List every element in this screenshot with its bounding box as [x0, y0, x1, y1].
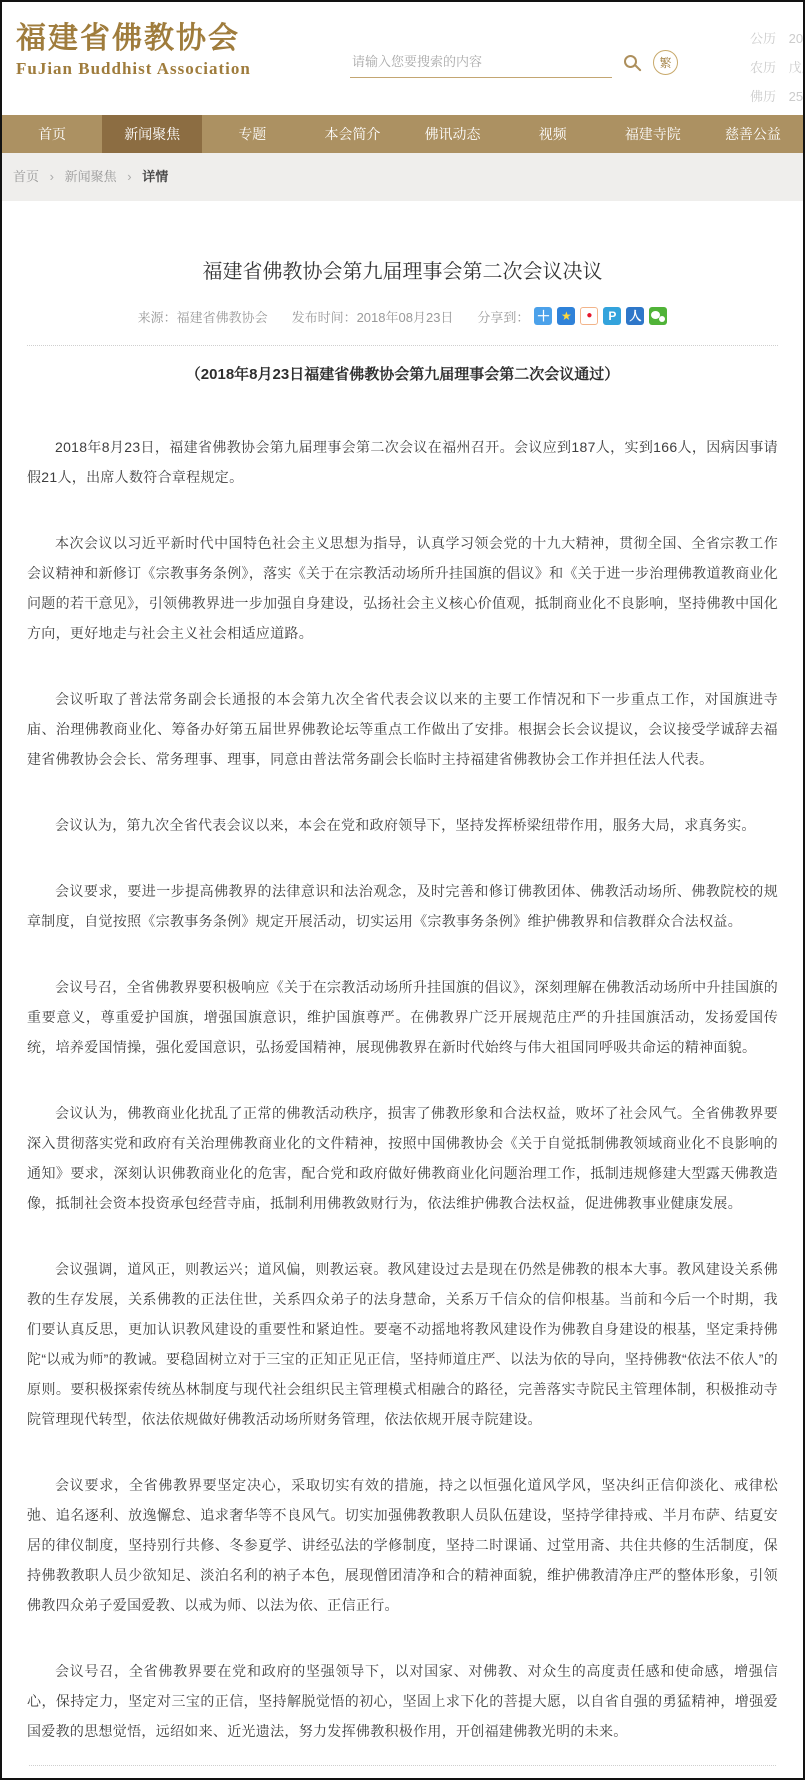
search-input[interactable] — [350, 50, 612, 78]
article-title: 福建省佛教协会第九届理事会第二次会议决议 — [27, 259, 778, 285]
article-paragraph: 2018年8月23日，福建省佛教协会第九届理事会第二次会议在福州召开。会议应到1… — [27, 432, 778, 492]
weibo-icon[interactable]: ● — [580, 307, 598, 325]
traditional-chinese-toggle[interactable]: 繁 — [653, 50, 678, 75]
article-paragraph: 会议强调，道风正，则教运兴；道风偏，则教运衰。教风建设过去是现在仍然是佛教的根本… — [27, 1254, 778, 1434]
nav-item[interactable]: 佛讯动态 — [403, 115, 503, 153]
nav-item[interactable]: 慈善公益 — [703, 115, 803, 153]
qzone-icon[interactable]: ★ — [557, 307, 575, 325]
site-title-en: FuJian Buddhist Association — [16, 59, 251, 79]
breadcrumb-news[interactable]: 新闻聚焦 — [65, 169, 117, 184]
search-icon[interactable] — [624, 55, 637, 68]
article-body: 2018年8月23日，福建省佛教协会第九届理事会第二次会议在福州召开。会议应到1… — [27, 432, 778, 1746]
article-subtitle: （2018年8月23日福建省佛教协会第九届理事会第二次会议通过） — [27, 364, 778, 386]
article: 福建省佛教协会第九届理事会第二次会议决议 来源：福建省佛教协会 发布时间：201… — [2, 259, 803, 1746]
calendar-value: 256 — [789, 89, 805, 104]
share-more-icon[interactable]: ＋ — [534, 307, 552, 325]
calendar-row: 公历 201 — [750, 28, 805, 47]
article-paragraph: 本次会议以习近平新时代中国特色社会主义思想为指导，认真学习领会党的十九大精神，贯… — [27, 528, 778, 648]
page: 福建省佛教协会 FuJian Buddhist Association 繁 公历… — [0, 0, 805, 1780]
meta-divider — [27, 345, 778, 346]
nav-item[interactable]: 首页 — [2, 115, 102, 153]
site-header: 福建省佛教协会 FuJian Buddhist Association 繁 公历… — [2, 2, 803, 115]
site-title-zh: 福建省佛教协会 — [16, 22, 251, 56]
nav-item[interactable]: 新闻聚焦 — [102, 115, 202, 153]
article-paragraph: 会议认为，第九次全省代表会议以来，本会在党和政府领导下，坚持发挥桥梁纽带作用，服… — [27, 810, 778, 840]
article-meta: 来源：福建省佛教协会 发布时间：2018年08月23日 分享到： ＋ ★ — [27, 307, 778, 325]
article-paragraph: 会议认为，佛教商业化扰乱了正常的佛教活动秩序，损害了佛教形象和合法权益，败坏了社… — [27, 1098, 778, 1218]
calendar-row: 农历 戊戌 — [750, 57, 805, 76]
calendar-panel: 公历 201 农历 戊戌 佛历 256 — [750, 28, 805, 115]
calendar-value: 戊戌 — [789, 60, 805, 75]
share-label: 分享到： — [477, 307, 529, 326]
article-paragraph: 会议要求，全省佛教界要坚定决心，采取切实有效的措施，持之以恒强化道风学风，坚决纠… — [27, 1470, 778, 1620]
article-paragraph: 会议要求，要进一步提高佛教界的法律意识和法治观念，及时完善和修订佛教团体、佛教活… — [27, 876, 778, 936]
nav-item[interactable]: 专题 — [202, 115, 302, 153]
nav-item[interactable]: 本会简介 — [302, 115, 402, 153]
breadcrumb-separator: › — [50, 169, 54, 184]
article-publish-date: 发布时间：2018年08月23日 — [292, 307, 454, 326]
article-paragraph: 会议号召，全省佛教界要积极响应《关于在宗教活动场所升挂国旗的倡议》，深刻理解在佛… — [27, 972, 778, 1062]
calendar-value: 201 — [789, 31, 805, 46]
nav-item[interactable]: 福建寺院 — [603, 115, 703, 153]
breadcrumb-current: 详情 — [142, 169, 168, 184]
site-logo[interactable]: 福建省佛教协会 FuJian Buddhist Association — [16, 22, 251, 79]
pengyou-icon[interactable]: P — [603, 307, 621, 325]
wechat-icon[interactable] — [649, 307, 667, 325]
breadcrumb-separator: › — [127, 169, 131, 184]
calendar-label: 公历 — [750, 31, 776, 46]
bottom-divider — [29, 1765, 776, 1766]
breadcrumb-home[interactable]: 首页 — [13, 169, 39, 184]
article-paragraph: 会议听取了普法常务副会长通报的本会第九次全省代表会议以来的主要工作情况和下一步重… — [27, 684, 778, 774]
share-icons: ＋ ★ ● P — [529, 307, 667, 325]
article-source: 来源：福建省佛教协会 — [138, 307, 268, 326]
breadcrumb: 首页 › 新闻聚焦 › 详情 — [2, 153, 803, 201]
calendar-row: 佛历 256 — [750, 86, 805, 105]
nav-item[interactable]: 视频 — [503, 115, 603, 153]
calendar-label: 佛历 — [750, 89, 776, 104]
search-bar: 繁 — [350, 48, 678, 80]
renren-icon[interactable]: 人 — [626, 307, 644, 325]
main-nav: 首页 新闻聚焦 专题 本会简介 佛讯动态 视频 福建寺院 慈善公益 — [2, 115, 803, 153]
calendar-label: 农历 — [750, 60, 776, 75]
article-paragraph: 会议号召，全省佛教界要在党和政府的坚强领导下，以对国家、对佛教、对众生的高度责任… — [27, 1656, 778, 1746]
share-bar: 分享到： ＋ ★ ● — [477, 307, 667, 326]
